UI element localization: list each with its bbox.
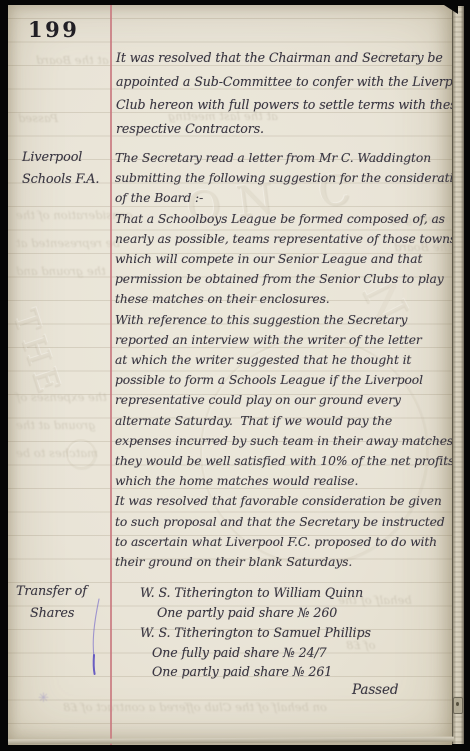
show-through-text: Passed (18, 111, 58, 125)
margin-note-line: Shares (16, 606, 74, 621)
minute-paragraph-schools-fa: The Secretary read a letter from Mr C. W… (115, 148, 452, 572)
margin-note-transfer-of-shares: Transfer of Shares (16, 581, 87, 625)
margin-note-line: Transfer of (16, 584, 87, 599)
show-through-text: matches to be (16, 446, 98, 460)
show-through-text: of £8 (346, 638, 375, 652)
show-through-text: the ground and (16, 264, 106, 278)
passed-annotation: Passed (352, 682, 398, 698)
ink-asterisk-mark: ✳ (38, 691, 49, 706)
show-through-text: the expenses of (16, 390, 107, 404)
share-transfer-line: W. S. Titherington to Samuel Phillips (140, 625, 371, 640)
page-number: 199 (28, 17, 79, 42)
scanned-minute-book-photo: { "page_number": "199", "colors": { "pap… (0, 0, 470, 751)
show-through-text: ground at the (16, 418, 96, 432)
show-through-text: at the Board (36, 53, 109, 67)
embossed-watermark-letters: THE (8, 305, 70, 403)
page-edge-tab (453, 697, 463, 714)
ledger-page: ON C THE N at the Board School at the la… (8, 5, 452, 745)
show-through-text: be represented at (16, 236, 120, 250)
margin-note-liverpool-schools-fa: Liverpool Schools F.A. (22, 147, 99, 191)
share-transfer-line: W. S. Titherington to William Quinn (140, 585, 363, 600)
pen-check-mark (90, 597, 104, 677)
share-transfer-line: One fully paid share № 24/7 (152, 645, 327, 660)
share-transfer-line: One partly paid share № 260 (157, 605, 337, 620)
corner-shadow (444, 5, 458, 14)
minute-paragraph-contractors: It was resolved that the Chairman and Se… (116, 46, 452, 140)
show-through-text: on behalf of the Club offered a contract… (63, 700, 327, 714)
share-transfer-line: One partly paid share № 261 (152, 664, 332, 679)
margin-rule-line (110, 5, 112, 745)
book-page-edge (452, 6, 464, 744)
